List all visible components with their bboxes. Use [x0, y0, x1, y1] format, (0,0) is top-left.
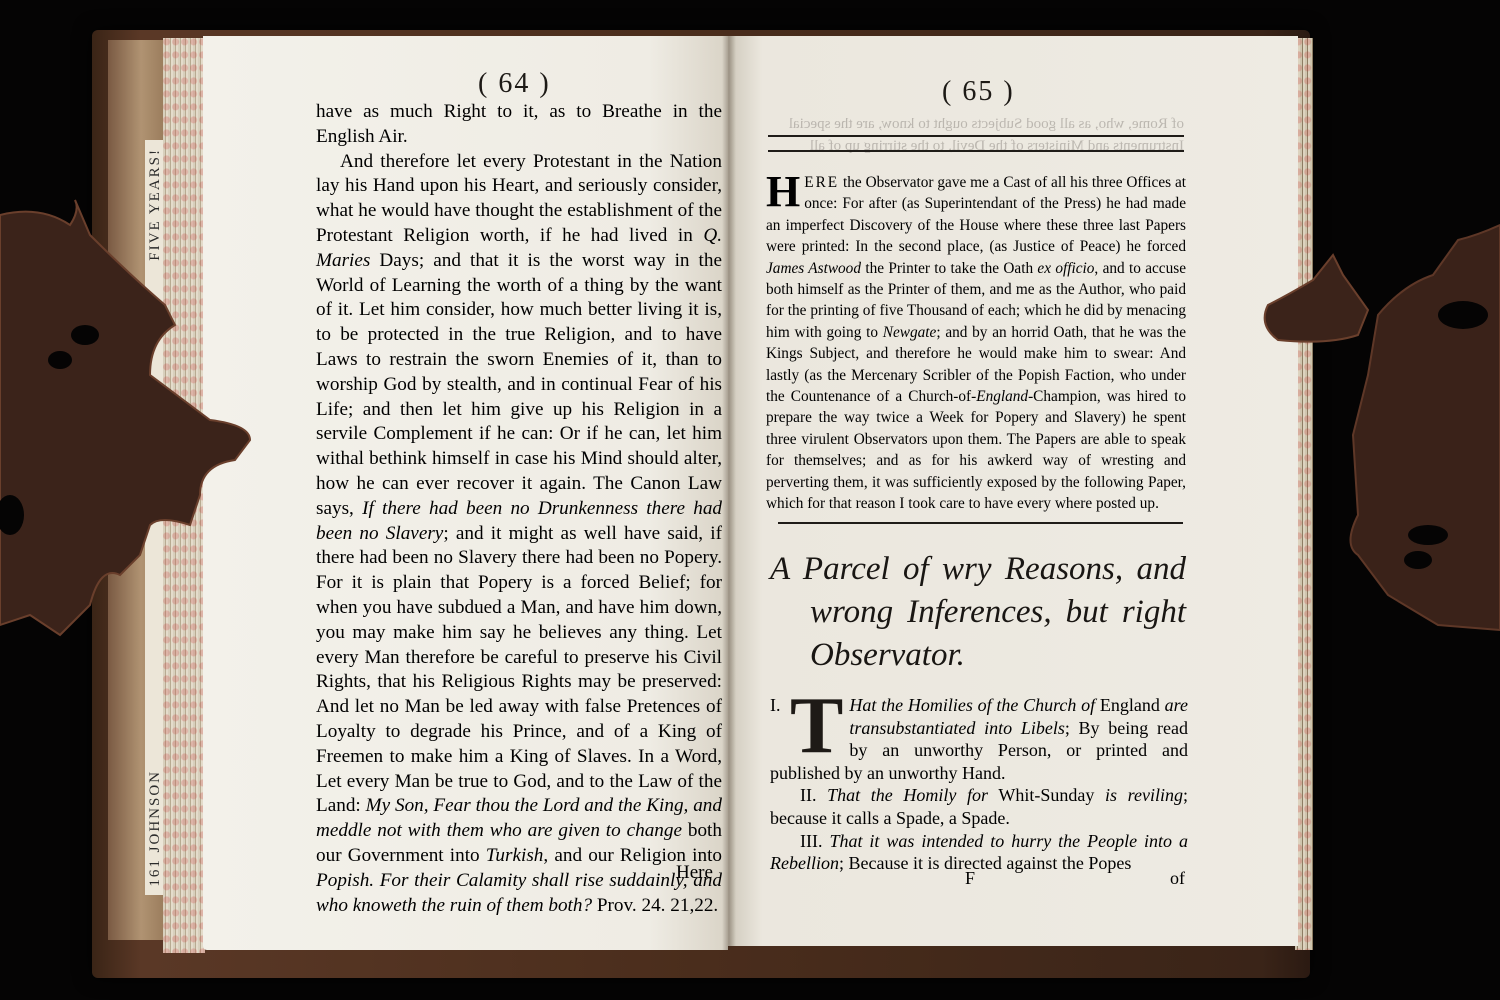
spine-label-catalog: 161 JOHNSON	[147, 770, 164, 887]
list-item: III. That it was intended to hurry the P…	[770, 830, 1188, 875]
catchword-right: of	[1170, 868, 1185, 889]
list-item: II. That the Homily for Whit-Sunday is r…	[770, 784, 1188, 829]
show-through-text: of Rome, who, as all good Subjects ought…	[768, 113, 1184, 153]
gutter-shadow	[722, 36, 736, 950]
page-number-left: ( 64 )	[478, 68, 551, 100]
section-rule	[778, 522, 1183, 524]
book-photo: FIVE YEARS! 161 JOHNSON ( 64 ) have as m…	[0, 0, 1500, 1000]
catchword-left: Here	[676, 862, 713, 884]
numbered-items: I. THat the Homilies of the Church of En…	[770, 694, 1188, 875]
signature-mark: F	[965, 868, 975, 889]
page-number-right: ( 65 )	[942, 76, 1015, 108]
left-page-text: have as much Right to it, as to Breathe …	[316, 100, 722, 918]
right-page-intro: HERE the Observator gave me a Cast of al…	[766, 172, 1186, 515]
right-page-clamp	[1258, 215, 1500, 635]
left-page-clamp	[0, 195, 260, 655]
section-heading: A Parcel of wry Reasons, and wrong Infer…	[770, 548, 1186, 677]
dropcap-h: H	[766, 174, 800, 210]
paragraph: And therefore let every Protestant in th…	[316, 150, 722, 919]
double-rule-bottom	[768, 150, 1184, 152]
paragraph: have as much Right to it, as to Breathe …	[316, 100, 722, 150]
dropcap-t: T	[790, 694, 843, 760]
double-rule-top	[768, 135, 1184, 137]
list-item: I. THat the Homilies of the Church of En…	[770, 694, 1188, 784]
